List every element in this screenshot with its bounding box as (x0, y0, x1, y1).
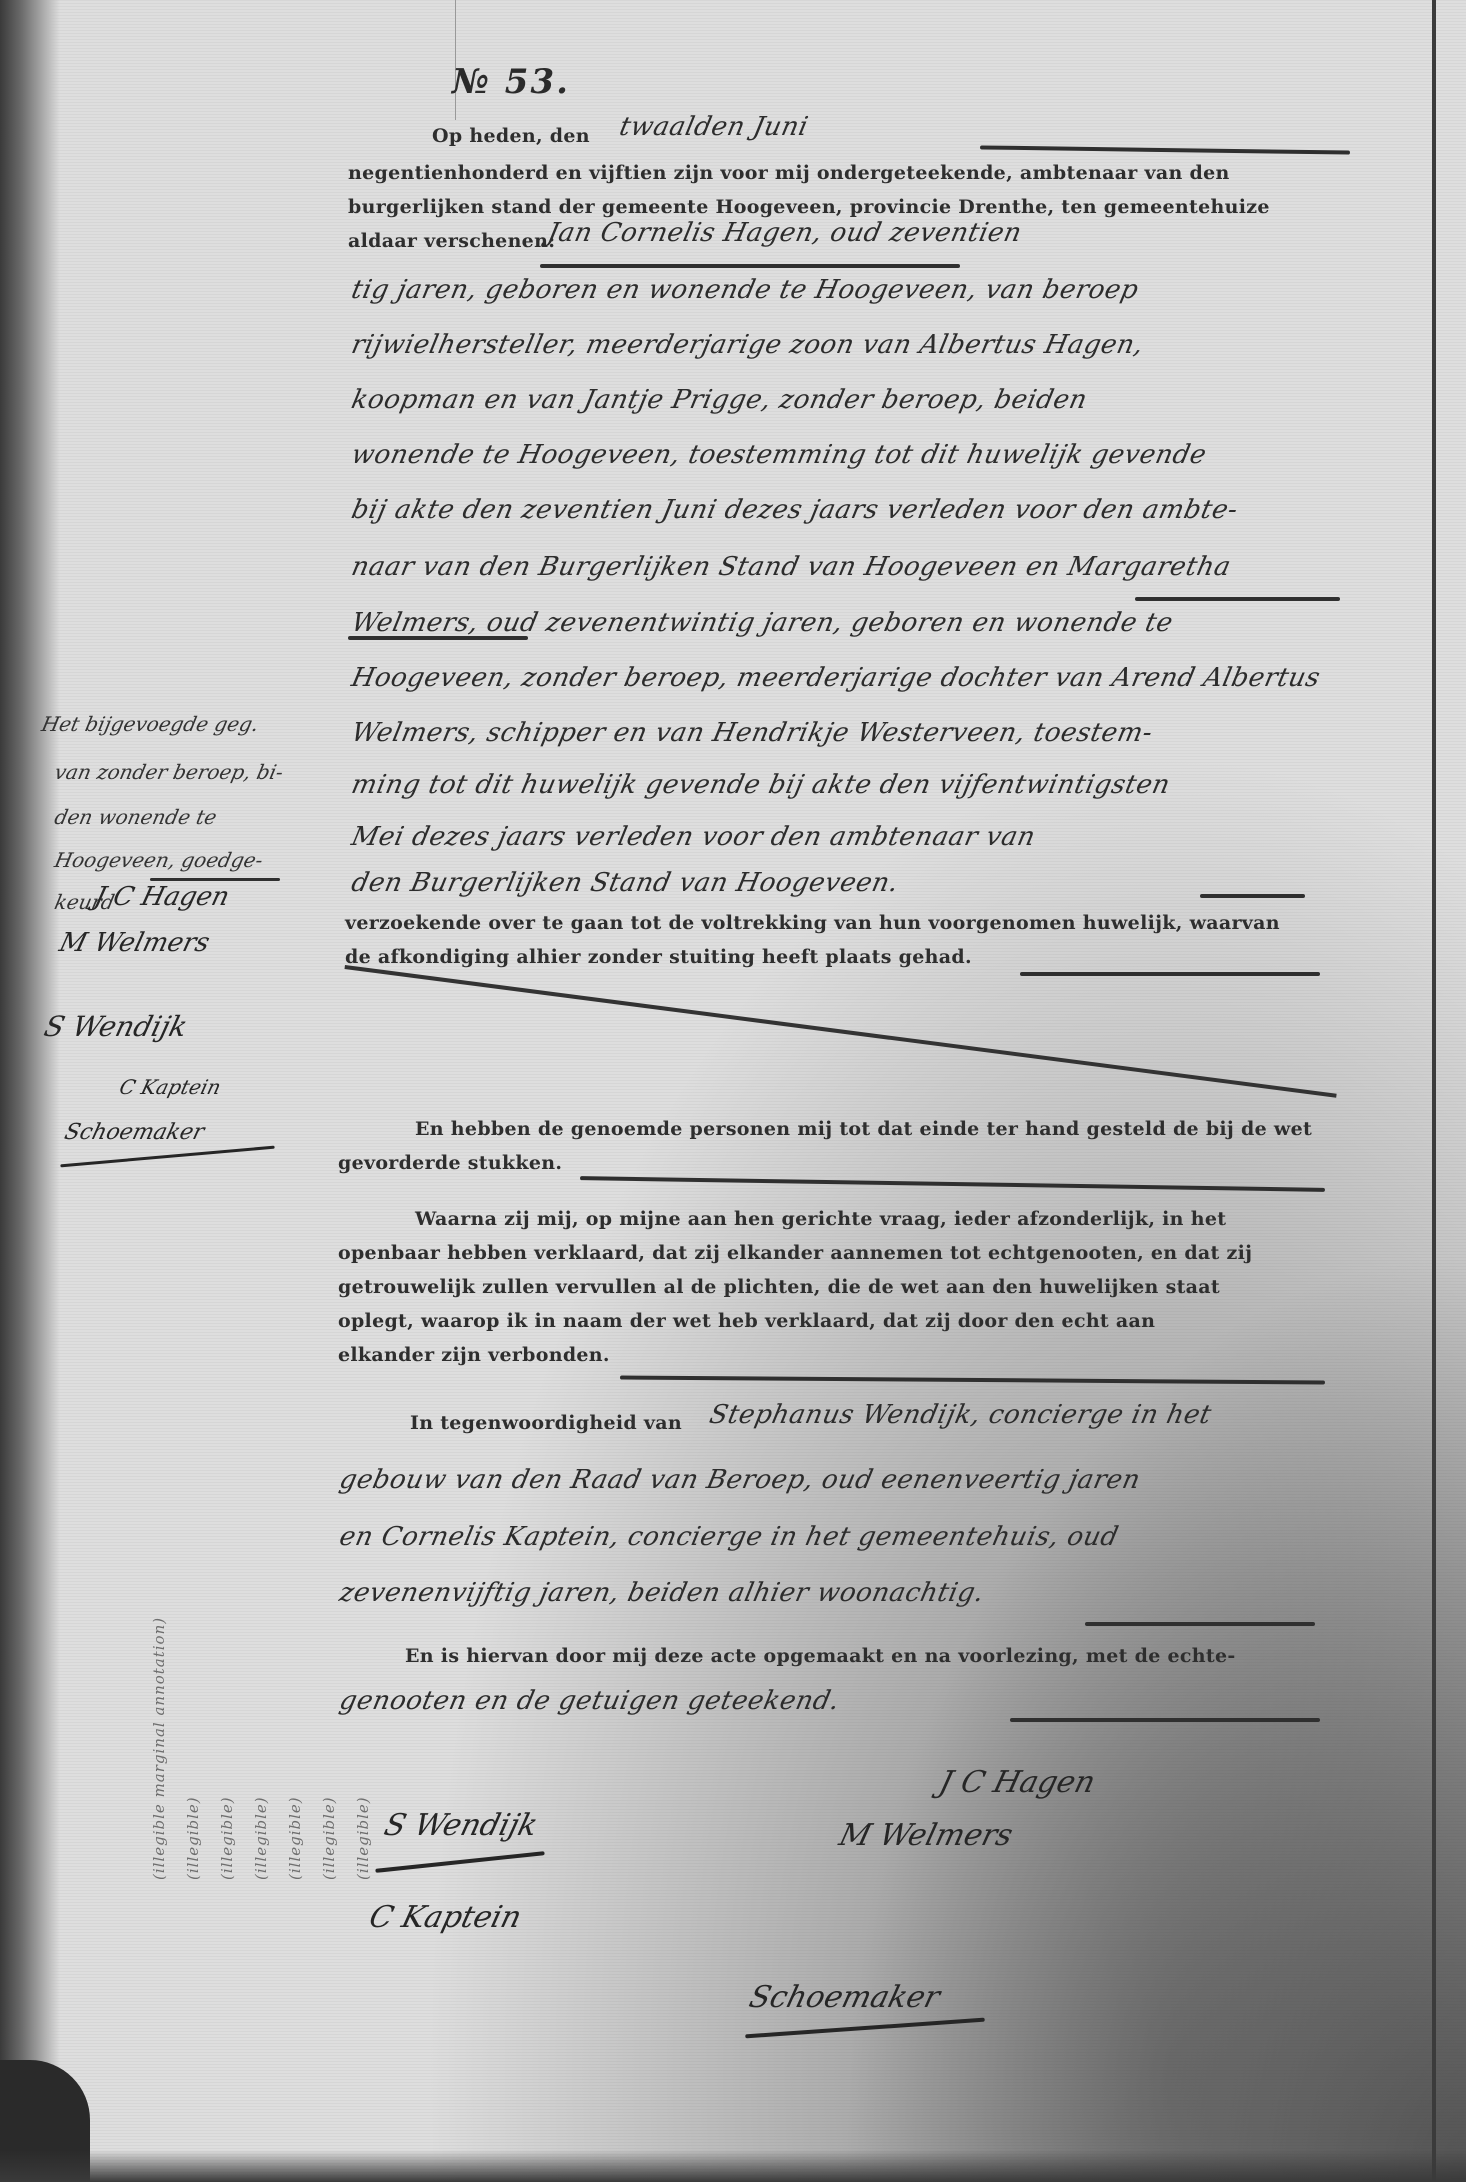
printed-text: openbaar hebben verklaard, dat zij elkan… (338, 1242, 1252, 1264)
vertical-margin-annotation: (illegible marginal annotation) (illegib… (150, 1180, 370, 1880)
fill-rule (1085, 1622, 1315, 1626)
handwritten-line: naar van den Burgerlijken Stand van Hoog… (349, 552, 1234, 582)
fill-rule (980, 145, 1350, 154)
handwritten-witness: en Cornelis Kaptein, concierge in het ge… (337, 1522, 1122, 1552)
scan-bottom-shadow (0, 2150, 1466, 2182)
printed-text: getrouwelijk zullen vervullen al de plic… (338, 1276, 1220, 1298)
handwritten-line: Welmers, oud zevenentwintig jaren, gebor… (349, 608, 1176, 638)
handwritten-line: rijwielhersteller, meerderjarige zoon va… (349, 330, 1147, 360)
fill-rule (1010, 1718, 1320, 1722)
handwritten-line: Mei dezes jaars verleden voor den ambten… (349, 822, 1038, 852)
vertical-note-column: (illegible) (218, 1180, 236, 1880)
fill-rule (1020, 972, 1320, 976)
printed-text: burgerlijken stand der gemeente Hoogevee… (348, 196, 1270, 218)
signature-underline (375, 1851, 544, 1873)
vertical-note-column: (illegible) (252, 1180, 270, 1880)
handwritten-witness: zevenenvijftig jaren, beiden alhier woon… (337, 1578, 987, 1608)
vertical-note-column: (illegible) (184, 1180, 202, 1880)
vertical-note-column: (illegible marginal annotation) (150, 1180, 168, 1880)
fill-rule (1200, 894, 1305, 898)
signature-registrar: Schoemaker (746, 1980, 944, 2015)
printed-text: Op heden, den (432, 125, 590, 147)
record-number: № 53. (452, 62, 570, 102)
margin-signature: C Kaptein (117, 1075, 223, 1099)
printed-text: negentienhonderd en vijftien zijn voor m… (348, 162, 1230, 184)
handwritten-line: bij akte den zeventien Juni dezes jaars … (349, 495, 1241, 525)
name-underline (540, 264, 960, 268)
margin-signature: M Welmers (56, 928, 212, 958)
handwritten-line: Hoogeveen, zonder beroep, meerderjarige … (349, 663, 1323, 693)
handwritten-line: ming tot dit huwelijk gevende bij akte d… (349, 770, 1173, 800)
bride-name-underline (348, 636, 528, 640)
scanned-document-page: № 53. Op heden, den twaalden Juni negent… (0, 0, 1466, 2182)
fill-rule (620, 1376, 1325, 1385)
printed-text: elkander zijn verbonden. (338, 1344, 610, 1366)
signature-bride: M Welmers (836, 1818, 1017, 1853)
printed-text: En is hiervan door mij deze acte opgemaa… (405, 1645, 1236, 1667)
margin-note-line: den wonende te (52, 805, 219, 829)
vertical-note-column: (illegible) (320, 1180, 338, 1880)
margin-signature: Schoemaker (62, 1120, 207, 1145)
printed-text: En hebben de genoemde personen mij tot d… (415, 1118, 1312, 1140)
printed-text: In tegenwoordigheid van (410, 1412, 682, 1434)
handwritten-closing: genooten en de getuigen geteekend. (337, 1686, 843, 1716)
handwritten-witness: Stephanus Wendijk, concierge in het (707, 1400, 1214, 1430)
handwritten-line: tig jaren, geboren en wonende te Hoogeve… (349, 275, 1142, 305)
handwritten-line: koopman en van Jantje Prigge, zonder ber… (349, 385, 1090, 415)
vertical-note-column: (illegible) (286, 1180, 304, 1880)
bride-name-underline (1135, 597, 1340, 601)
printed-text: gevorderde stukken. (338, 1152, 562, 1174)
strike-through-diagonal (344, 965, 1336, 1098)
fill-rule (150, 878, 280, 881)
signature-underline (60, 1146, 274, 1168)
printed-text: oplegt, waarop ik in naam der wet heb ve… (338, 1310, 1155, 1332)
handwritten-line: den Burgerlijken Stand van Hoogeveen. (349, 868, 902, 898)
signature-groom: J C Hagen (936, 1765, 1099, 1800)
handwritten-witness: gebouw van den Raad van Beroep, oud eene… (337, 1465, 1143, 1495)
margin-signature: S Wendijk (41, 1010, 191, 1043)
margin-line (455, 0, 456, 120)
printed-text: verzoekende over te gaan tot de voltrekk… (345, 912, 1280, 934)
signature-witness2: C Kaptein (366, 1900, 525, 1935)
vertical-note-column: (illegible) (354, 1180, 372, 1880)
margin-signature: J C Hagen (91, 882, 232, 912)
printed-text: aldaar verschenen: (348, 230, 556, 252)
handwritten-line: Welmers, schipper en van Hendrikje Weste… (349, 718, 1156, 748)
signature-witness1: S Wendijk (381, 1808, 542, 1843)
handwritten-line: wonende te Hoogeveen, toestemming tot di… (349, 440, 1209, 470)
printed-text: de afkondiging alhier zonder stuiting he… (345, 946, 972, 968)
signature-underline (745, 2018, 985, 2039)
printed-text: Waarna zij mij, op mijne aan hen gericht… (415, 1208, 1226, 1230)
right-border-line (1432, 0, 1436, 2182)
handwritten-date: twaalden Juni (617, 112, 811, 142)
fill-rule (580, 1176, 1325, 1192)
scan-left-edge-shadow (0, 0, 60, 2182)
margin-note-line: Het bijgevoegde geg. (39, 712, 261, 736)
margin-note-line: van zonder beroep, bi- (52, 760, 285, 784)
margin-note-line: Hoogeveen, goedge- (52, 848, 265, 872)
handwritten-groom-name: Jan Cornelis Hagen, oud zeventien (545, 218, 1025, 248)
